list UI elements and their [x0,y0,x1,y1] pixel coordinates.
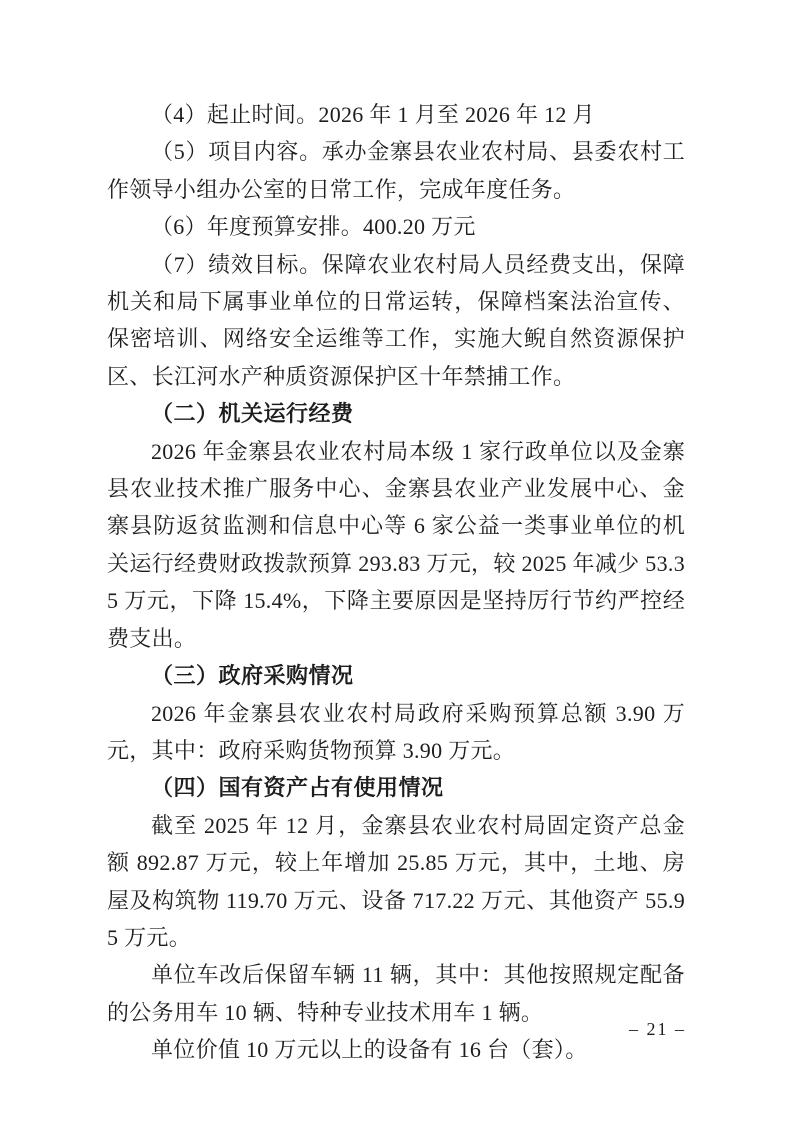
body-paragraph: （4）起止时间。2026 年 1 月至 2026 年 12 月 [107,96,685,133]
body-paragraph: 2026 年金寨县农业农村局政府采购预算总额 3.90 万元，其中：政府采购货物… [107,695,685,770]
section-heading: （三）政府采购情况 [107,657,685,694]
document-page: （4）起止时间。2026 年 1 月至 2026 年 12 月（5）项目内容。承… [0,0,793,1122]
page-number: – 21 – [0,1016,686,1042]
body-paragraph: （5）项目内容。承办金寨县农业农村局、县委农村工作领导小组办公室的日常工作，完成… [107,133,685,208]
document-body: （4）起止时间。2026 年 1 月至 2026 年 12 月（5）项目内容。承… [107,96,685,1069]
body-paragraph: 截至 2025 年 12 月，金寨县农业农村局固定资产总金额 892.87 万元… [107,807,685,957]
section-heading: （四）国有资产占有使用情况 [107,769,685,806]
body-paragraph: 2026 年金寨县农业农村局本级 1 家行政单位以及金寨县农业技术推广服务中心、… [107,433,685,657]
body-paragraph: （7）绩效目标。保障农业农村局人员经费支出，保障机关和局下属事业单位的日常运转，… [107,246,685,396]
section-heading: （二）机关运行经费 [107,395,685,432]
body-paragraph: （6）年度预算安排。400.20 万元 [107,208,685,245]
